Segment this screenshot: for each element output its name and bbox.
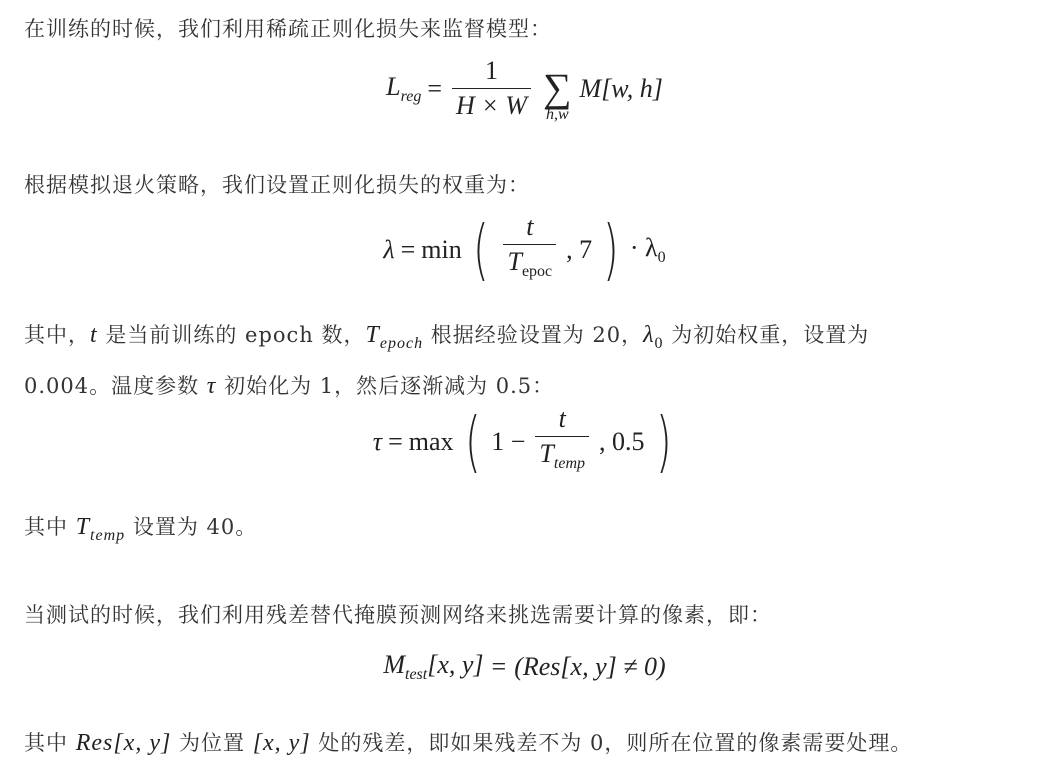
paragraph-residual: 其中 Res[x, y] 为位置 [x, y] 处的残差，即如果残差不为 0，则… [24,722,912,764]
left-paren-icon: ( [465,412,480,472]
paragraph-line: 0.004。温度参数 τ 初始化为 1，然后逐渐减为 0.5： [24,365,869,407]
eq2-equals: = [401,235,416,265]
t-epoch-symbol: Tepoch [366,322,424,348]
eq4-equals: = [492,652,507,682]
eq2-tail: · λ0 [630,233,666,267]
left-paren-icon: ( [473,220,488,280]
eq2-func: min [421,235,461,265]
t-temp-symbol: Ttemp [76,514,125,540]
eq1-denominator: H × W [452,88,531,121]
eq1-lhs: Lreg [386,72,421,106]
eq3-pre: 1 − [491,427,525,457]
eq1-fraction: 1 H × W [452,56,531,121]
eq3-comma-val: , 0.5 [599,427,645,457]
lambda0-symbol: λ0 [643,322,663,348]
position-symbol: [x, y] [253,730,311,756]
eq2-denominator: Tepoc [503,244,556,287]
eq4-lhs: Mtest[x, y] [383,650,483,684]
right-paren-icon: ) [656,412,671,472]
eq2-numerator: t [522,212,537,244]
equation-m-test: Mtest[x, y] = (Res[x, y] ≠ 0) [0,650,1049,684]
paragraph-t-temp: 其中 Ttemp 设置为 40。 [24,506,257,557]
eq3-equals: = [388,427,403,457]
eq3-func: max [409,427,454,457]
eq3-denominator: Ttemp [535,436,589,479]
paragraph-annealing: 根据模拟退火策略，我们设置正则化损失的权重为： [24,164,530,206]
paragraph-training-intro: 在训练的时候，我们利用稀疏正则化损失来监督模型： [24,8,552,50]
equation-tau: τ = max ( 1 − t Ttemp , 0.5 ) [0,404,1049,479]
sum-icon: ∑ [543,70,572,106]
equation-l-reg: Lreg = 1 H × W ∑ h,w M[w, h] [0,56,1049,121]
eq2-comma-val: , 7 [566,235,592,265]
eq3-fraction: t Ttemp [535,404,589,479]
paragraph-params: 其中，t 是当前训练的 epoch 数，Tepoch 根据经验设置为 20，λ0… [24,314,869,407]
eq1-numerator: 1 [481,56,502,88]
eq2-lhs: λ [383,235,394,265]
paragraph-testing: 当测试的时候，我们利用残差替代掩膜预测网络来挑选需要计算的像素，即： [24,594,772,636]
eq1-sum-limits: h,w [546,106,569,124]
paragraph-text: 根据模拟退火策略，我们设置正则化损失的权重为： [24,173,530,197]
equation-lambda: λ = min ( t Tepoc , 7 ) · λ0 [0,212,1049,287]
eq3-lhs: τ [373,427,382,457]
eq2-fraction: t Tepoc [503,212,556,287]
eq1-term: M[w, h] [580,74,663,104]
eq1-summation: ∑ h,w [543,70,572,124]
paragraph-text: 当测试的时候，我们利用残差替代掩膜预测网络来挑选需要计算的像素，即： [24,603,772,627]
paragraph-text: 在训练的时候，我们利用稀疏正则化损失来监督模型： [24,17,552,41]
eq3-numerator: t [555,404,570,436]
eq1-equals: = [427,74,442,104]
res-symbol: Res[x, y] [76,730,172,756]
right-paren-icon: ) [603,220,618,280]
eq4-rhs: (Res[x, y] ≠ 0) [514,652,665,682]
paragraph-line: 其中，t 是当前训练的 epoch 数，Tepoch 根据经验设置为 20，λ0… [24,314,869,365]
